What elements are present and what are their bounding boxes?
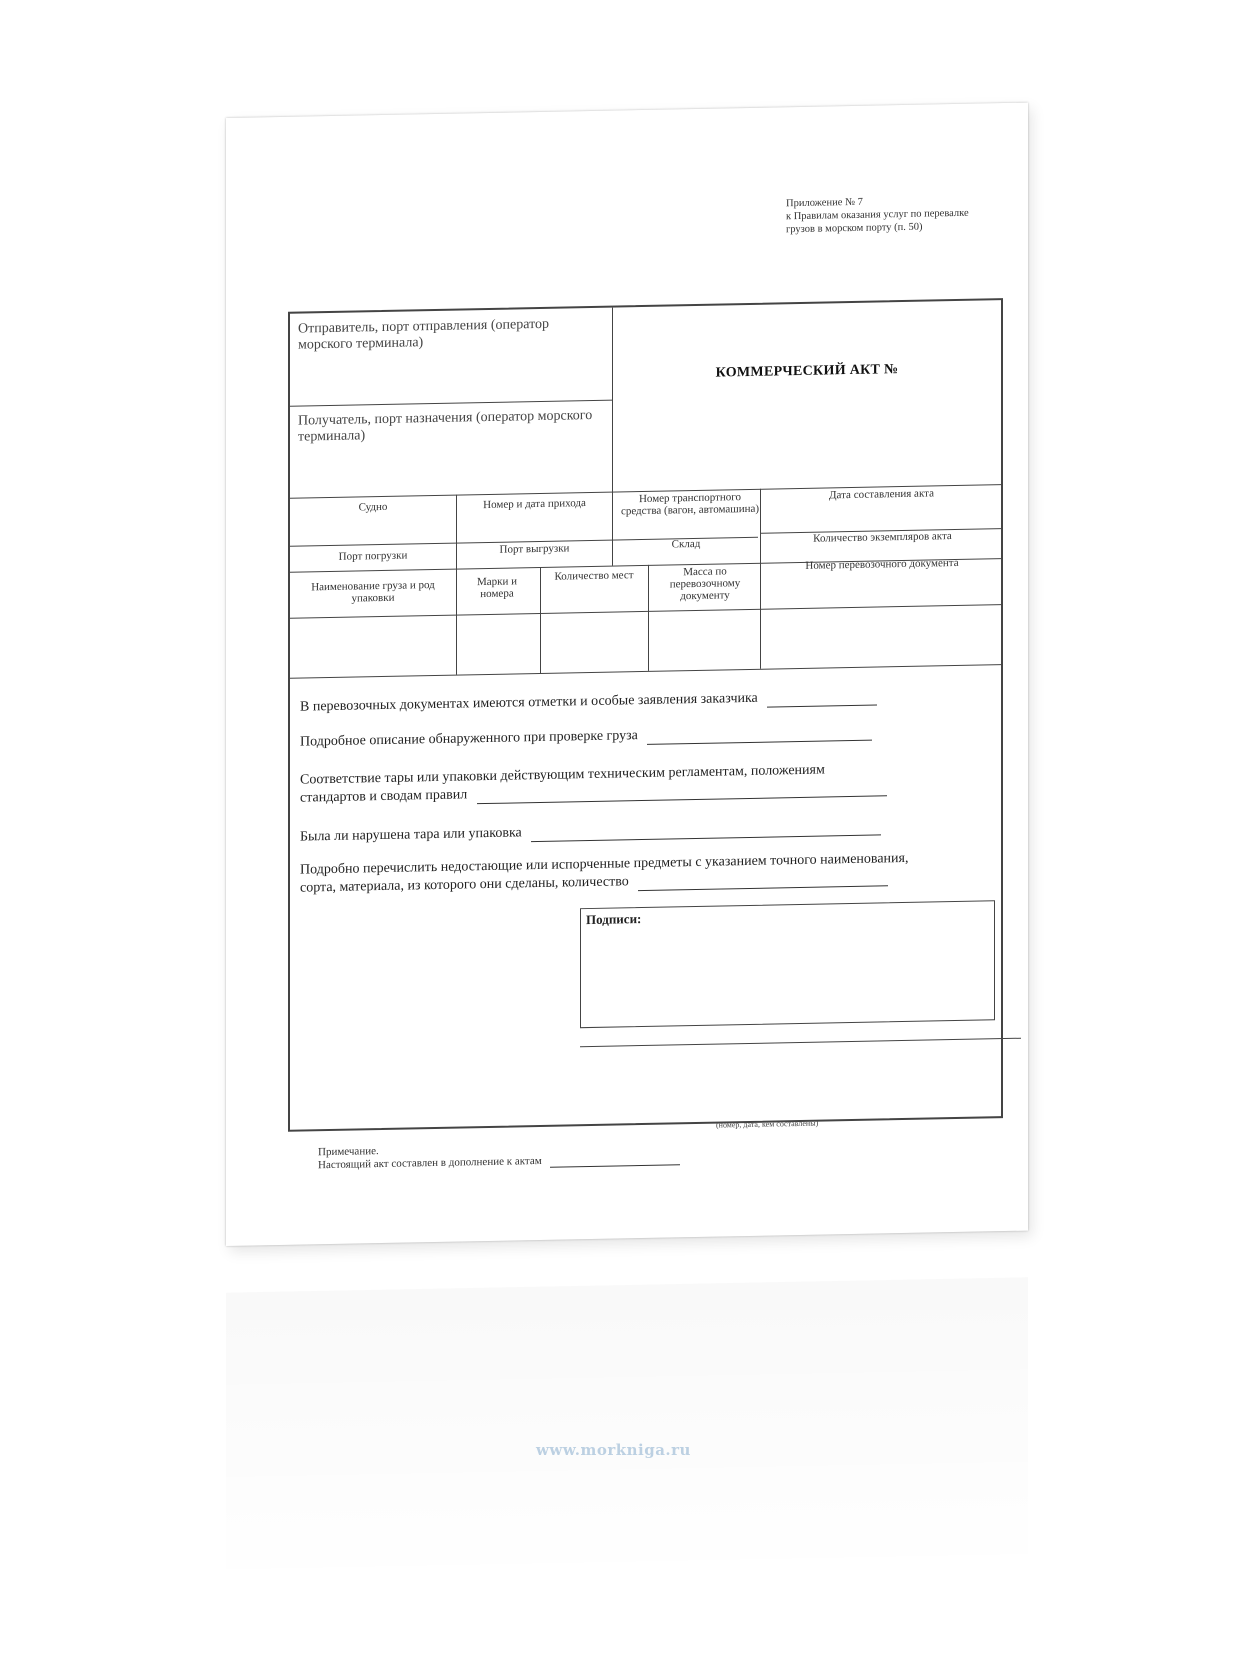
load-port-label: Порт погрузки <box>290 549 456 564</box>
sender-label: Отправитель, порт отправления (оператор … <box>298 316 598 354</box>
divider <box>290 400 613 407</box>
fill-line[interactable] <box>550 1163 680 1167</box>
mass-label: Масса по перевозочному документу <box>650 565 760 603</box>
fill-line[interactable] <box>531 833 881 842</box>
doc-number-label: Номер перевозочного документа <box>762 556 1002 573</box>
field-label: стандартов и сводам правил <box>300 787 467 805</box>
fill-line[interactable] <box>477 794 887 804</box>
cargo-name-label: Наименование груза и род упаковки <box>290 579 456 606</box>
signatures-label: Подписи: <box>586 911 641 928</box>
receiver-label: Получатель, порт назначения (оператор мо… <box>298 408 598 446</box>
divider <box>580 1038 1021 1047</box>
unload-port-label: Порт выгрузки <box>456 542 613 557</box>
watermark: www.morkniga.ru <box>536 1441 691 1459</box>
appendix-note: Приложение № 7 к Правилам оказания услуг… <box>786 193 1016 236</box>
divider <box>612 308 613 492</box>
divider <box>648 565 649 671</box>
fill-line[interactable] <box>647 739 872 745</box>
divider <box>456 569 457 675</box>
warehouse-label: Склад <box>612 537 760 552</box>
field-label: Была ли нарушена тара или упаковка <box>300 825 522 844</box>
divider <box>760 563 761 669</box>
document-page: Приложение № 7 к Правилам оказания услуг… <box>226 103 1028 1246</box>
commercial-act-form: Отправитель, порт отправления (оператор … <box>288 298 1003 1132</box>
note: Примечание. Настоящий акт составлен в до… <box>318 1139 680 1172</box>
divider <box>290 604 1001 619</box>
vessel-label: Судно <box>290 500 456 515</box>
field-marks-statements[interactable]: В перевозочных документах имеются отметк… <box>300 687 877 716</box>
fill-line[interactable] <box>767 703 877 707</box>
arrival-label: Номер и дата прихода <box>456 497 613 512</box>
field-packaging-compliance[interactable]: Соответствие тары или упаковки действующ… <box>300 760 887 807</box>
places-label: Количество мест <box>540 569 648 583</box>
marks-label: Марки и номера <box>462 575 532 600</box>
field-packaging-damaged[interactable]: Была ли нарушена тара или упаковка <box>300 817 881 846</box>
vehicle-label: Номер транспортного средства (вагон, авт… <box>620 491 760 518</box>
fill-line[interactable] <box>638 884 888 891</box>
divider <box>290 664 1001 679</box>
signatures-box[interactable]: Подписи: <box>580 900 995 1028</box>
field-missing-items[interactable]: Подробно перечислить недостающие или исп… <box>300 850 908 898</box>
page-reflection <box>226 1277 1028 1592</box>
field-inspection-description[interactable]: Подробное описание обнаруженного при про… <box>300 723 872 752</box>
field-label: Подробное описание обнаруженного при про… <box>300 728 638 749</box>
note-hint: (номер, дата, кем составлены) <box>716 1119 818 1130</box>
document-title: КОММЕРЧЕСКИЙ АКТ № <box>612 360 1002 383</box>
field-label: В перевозочных документах имеются отметк… <box>300 691 758 715</box>
divider <box>612 492 613 566</box>
